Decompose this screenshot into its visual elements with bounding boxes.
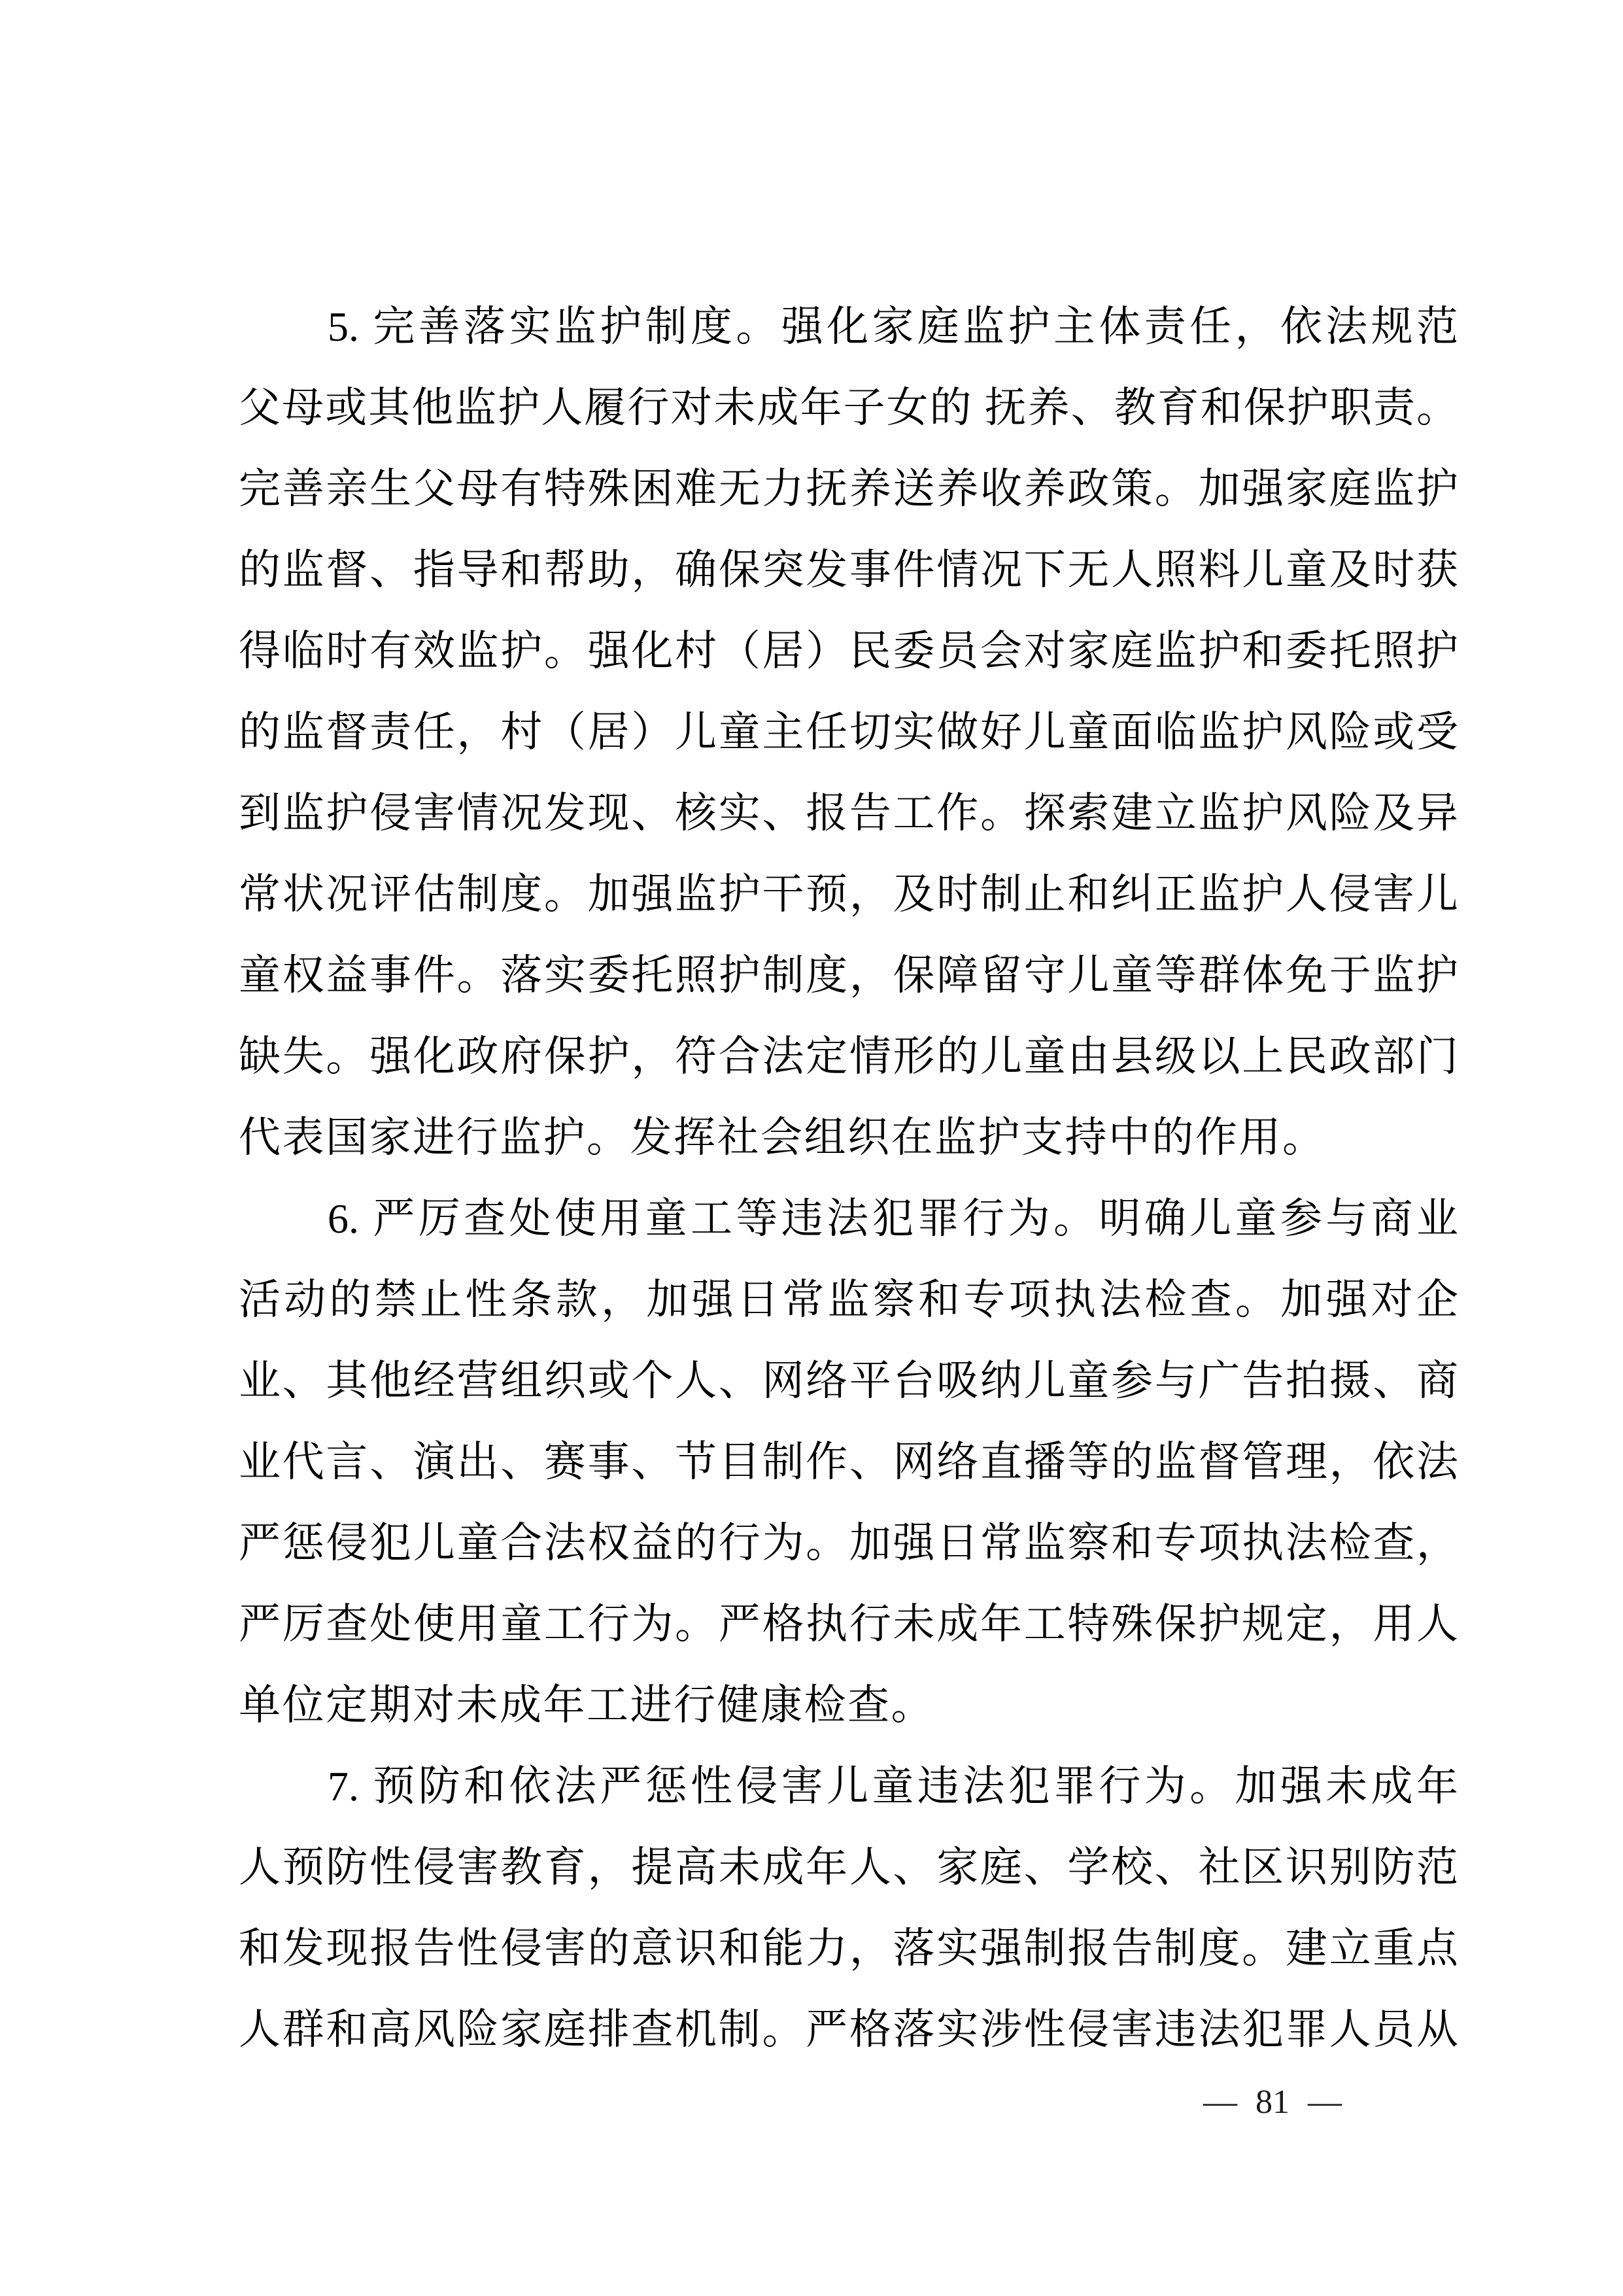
text-line: 业代言、演出、赛事、节目制作、网络直播等的监督管理，依法 [239, 1422, 1458, 1503]
text-line: 业、其他经营组织或个人、网络平台吸纳儿童参与广告拍摄、商 [239, 1341, 1458, 1422]
text-line: 严厉查处使用童工行为。严格执行未成年工特殊保护规定，用人 [239, 1584, 1458, 1665]
text-line: 得临时有效监护。强化村（居）民委员会对家庭监护和委托照护 [239, 611, 1458, 692]
page-footer: —81— [1203, 2082, 1342, 2123]
text-line: 严惩侵犯儿童合法权益的行为。加强日常监察和专项执法检查， [239, 1503, 1458, 1584]
text-line: 的监督责任，村（居）儿童主任切实做好儿童面临监护风险或受 [239, 692, 1458, 773]
text-line: 6. 严厉查处使用童工等违法犯罪行为。明确儿童参与商业 [239, 1178, 1458, 1259]
text-line: 代表国家进行监护。发挥社会组织在监护支持中的作用。 [239, 1097, 1458, 1178]
text-line: 单位定期对未成年工进行健康检查。 [239, 1665, 1458, 1746]
text-line: 缺失。强化政府保护，符合法定情形的儿童由县级以上民政部门 [239, 1016, 1458, 1097]
text-line: 的监督、指导和帮助，确保突发事件情况下无人照料儿童及时获 [239, 530, 1458, 611]
text-line: 7. 预防和依法严惩性侵害儿童违法犯罪行为。加强未成年 [239, 1746, 1458, 1827]
text-line: 童权益事件。落实委托照护制度，保障留守儿童等群体免于监护 [239, 935, 1458, 1016]
text-line: 和发现报告性侵害的意识和能力，落实强制报告制度。建立重点 [239, 1908, 1458, 1989]
text-line: 到监护侵害情况发现、核实、报告工作。探索建立监护风险及异 [239, 773, 1458, 854]
text-line: 人群和高风险家庭排查机制。严格落实涉性侵害违法犯罪人员从 [239, 1989, 1458, 2070]
text-line: 人预防性侵害教育，提高未成年人、家庭、学校、社区识别防范 [239, 1827, 1458, 1908]
text-line: 活动的禁止性条款，加强日常监察和专项执法检查。加强对企 [239, 1259, 1458, 1341]
page-number: 81 [1256, 2083, 1290, 2121]
footer-dash-right: — [1308, 2083, 1342, 2121]
footer-dash-left: — [1203, 2083, 1237, 2121]
document-body: 5. 完善落实监护制度。强化家庭监护主体责任，依法规范 父母或其他监护人履行对未… [239, 286, 1458, 2070]
text-line: 父母或其他监护人履行对未成年子女的 抚养、教育和保护职责。 [239, 368, 1458, 449]
text-line: 完善亲生父母有特殊困难无力抚养送养收养政策。加强家庭监护 [239, 449, 1458, 530]
text-line: 常状况评估制度。加强监护干预，及时制止和纠正监护人侵害儿 [239, 854, 1458, 935]
document-page: 5. 完善落实监护制度。强化家庭监护主体责任，依法规范 父母或其他监护人履行对未… [0, 0, 1623, 2296]
text-line: 5. 完善落实监护制度。强化家庭监护主体责任，依法规范 [239, 286, 1458, 368]
